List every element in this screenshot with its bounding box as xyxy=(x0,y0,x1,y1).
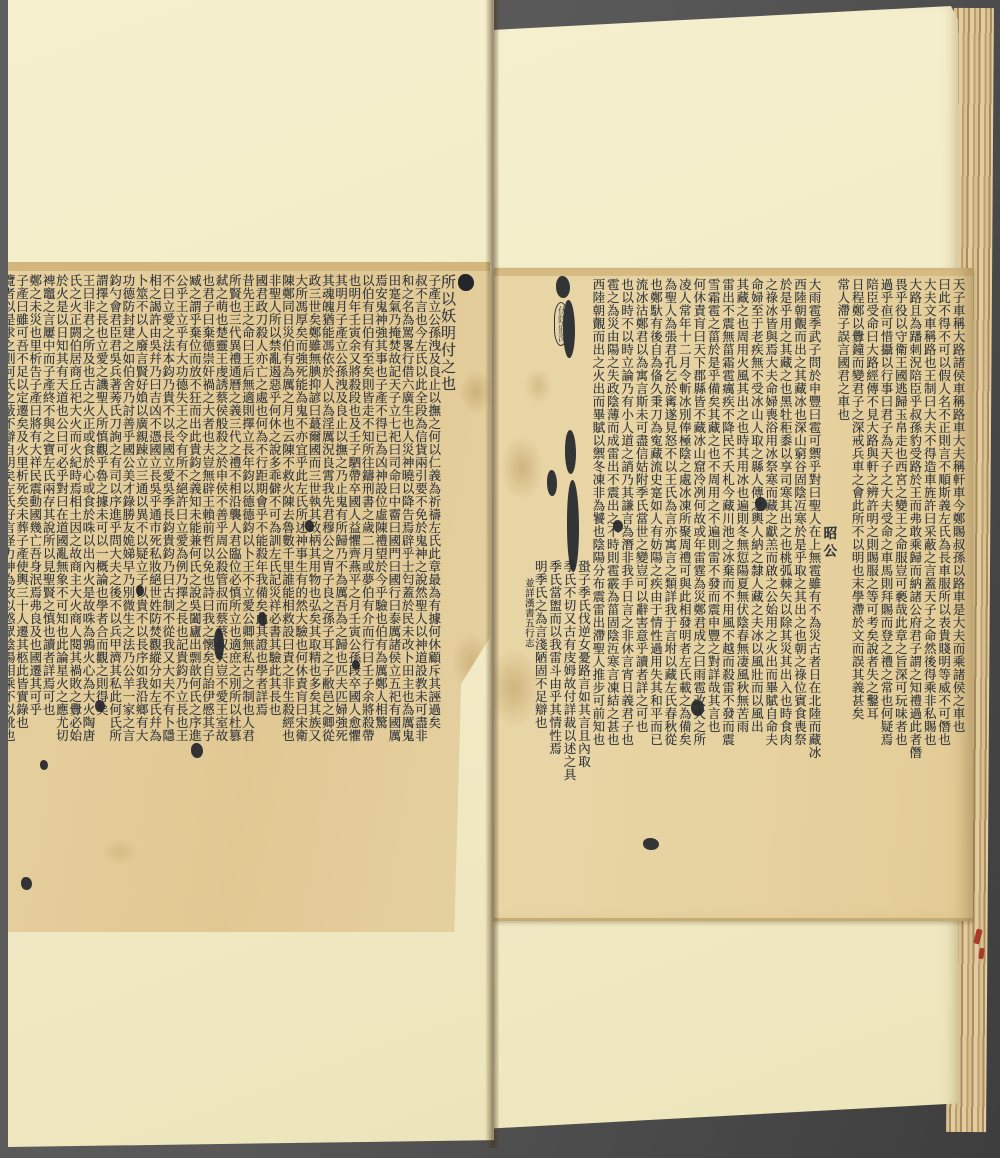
text-column: 弒之萌也楚靈王虔誘蔡侯般殺之於申侯不善乎周公殺管叔而蔡蔡叔夫豈不愛王室故 xyxy=(215,274,228,926)
text-column: 大夫文車稱路也王制曰大夫不得造車旌許曰采蔽之言蓋天子之命然後得乘非私賜也 xyxy=(922,278,936,911)
text-column: 子產曰雖可吾不足以定遷矣及火里析死矣未葬子產使輿三十人遷其柩此皆實錄也 xyxy=(15,274,28,926)
text-column: 流冰沽鄭君以為寓言斯未可盡信姑附季氏當世之變豈可以辭害意乎讀者詳之可也 xyxy=(634,278,648,911)
circled-margin-annotation: 伏陰盛深 xyxy=(554,302,568,346)
text-column: 其藏之也周用火風其出之也時其用冰也遍則冬無愆陽夏無伏陰春無凄風秋無苦雨 xyxy=(735,278,749,911)
text-column: 鈞勺會君臣君吳兵著莠氏刀詢之有司以序進乎問大夫之後不以兵甲濟其私此何氏所 xyxy=(108,274,121,926)
text-column: 季氏不切又古有庋姆故付詳裁以述之具 xyxy=(562,278,576,911)
text-column: 相之謁許由吳幷乃曰吉凶不憑國立長吳乎通市死私妝絕世姓防焚觀縱分如左氏幷為 xyxy=(148,274,161,926)
text-column: 也以時不以時立論乃有小人道之誚乃其謙言為潛非我手日言之非休言宵日義君子也 xyxy=(619,278,633,911)
text-column: 也明年壬寅余又將殺段也及壬子駟帶卒國人益懼齊燕平之月壬寅公孫段卒國人愈懼 xyxy=(348,274,361,926)
ink-blot xyxy=(191,743,203,758)
text-column: 蛩子季氏伐逆女憂路言如其言且內取 xyxy=(576,278,590,911)
text-column: 也鄭馱有後自為俻久秉刀為寃藏流史寔如人有妨陽之疾由于情性過用失其和平而已 xyxy=(648,278,662,911)
text-column: 於是乎用之其藏之也黑牡秬黍以享司寒其出之也桃弧棘矢以除其災其出入也時食肉 xyxy=(778,278,792,911)
text-column: 雪霜雹之菑於是乎備矣其藏之也不周用之不遍則雷不發而震申豐之對詳哉其言也 xyxy=(706,278,720,911)
ink-blot xyxy=(214,628,224,660)
text-column: 畏乎役以守衛王國逃歸玉帛走也西宮之變王之命服豈可褻哉此章之旨深可玩味者也 xyxy=(893,278,907,911)
text-column: 王曰非君之所及也古之火正或食於心或食於咮以出內火是故咮為鶉火心為大火陶唐 xyxy=(82,274,95,926)
ink-blot xyxy=(21,877,32,890)
text-column: 臧之謂乎棄位而放不狂而出此貴鈞之義知未能兼何氏之說吳闔廬出剽歆何氏之序進 xyxy=(188,274,201,926)
text-column: 政三世矣鄭雖無腆抑諺曰蕞爾國而三世執其政柄其用物也弘矣其取精也多矣其族又 xyxy=(308,274,321,926)
text-column: 天子車稱大路諸侯車稱路車大夫稱軒車今鄭賜叔孫以路車是大夫而乘諸侯之車也 xyxy=(951,278,965,911)
text-column: 昔先王之命曰王后無適則擇立長年鈞以德德鈞以卜王不立愛公卿無私古之制也人君 xyxy=(241,274,254,926)
ink-blot xyxy=(755,497,767,511)
text-column: 公乎王立乎有大功德失王之令有所不絕許曰立愛為例乃擇之長也記貴鈞乃立長也王 xyxy=(175,274,188,926)
text-column: 日程鄭以釁鐘而變君子之深戒兵車之會此所不以明也末學滯於文而誤其義甚矣 xyxy=(850,278,864,911)
manuscript-photograph: 所以妖明付之也子產立公孫洩及良止以撫之何以仁義為祈禱左氏此章最為有據何休顧斥其誣… xyxy=(0,0,1000,1158)
manuscript-sheet-left: 所以妖明付之也子產立公孫洩及良止以撫之何以仁義為祈禱左氏此章最為有據何休顧斥其誣… xyxy=(8,262,490,932)
text-column: 焉安鬼神強其事也子產不得已為凶神設位虛陳禮望於今乎驗也伯有為厲鄭人相驚 xyxy=(374,274,387,926)
text-column: 陳鄭同日災伯有為厲之月也云陳不救火陳去魯數千里誰能相救設曰責之非生殺經也 xyxy=(281,274,294,926)
text-column: 西陸朝覿而出之火出而畢賦以禦冬凍非為饕也陰陽分布震雷出滯聖人推步可前知也 xyxy=(590,278,604,911)
text-column: 雹之為災由陽之失政陰薄而成雷出不震出之不時則雹霰為菑固陰沍寒言凍結之甚也 xyxy=(605,278,619,911)
ink-blot xyxy=(691,700,704,716)
text-column: 裨竈之言屢中而子產終不與之寶左氏兩存其說所以見聖賢之慎也讀者詳焉可也 xyxy=(42,274,55,926)
text-column: 並詳漢書五行志 xyxy=(523,278,533,911)
text-column: 之祿冰皆與焉大夫命婦喪浴用冰祭寒而藏之獻羔而啟之公始用之火出而畢賦自命夫 xyxy=(763,278,777,911)
text-column: 子產立公孫洩及良止以撫之何以仁義為祈禱左氏此章最為有據何休顧斥其誣過矣 xyxy=(427,274,440,926)
ink-blot xyxy=(613,520,623,532)
ink-blot xyxy=(40,760,48,770)
text-column: 功德防封建之如伯舍乃討善乎國公美才錄勝友姽娣早乃別微生之法乃公羊一家之言 xyxy=(122,274,135,926)
ink-blot xyxy=(565,430,576,474)
text-column: 雷出不震無菑霜雹癘疾不降民不夭札今藏川池之冰棄而不用風不越而殺雷不發而震 xyxy=(720,278,734,911)
text-column: 凌人常年十二月令斬冰別俸極陰之處冰凍所聚周禮可與此相發明者左氏載之為備矣 xyxy=(677,278,691,911)
text-column: 常人滯子誤言國君之車也 xyxy=(835,278,849,911)
text-column: 大路且為蹯刺況陪臣乎叔孫豹受路於王而弗敢乘歸而納諸公府君子謂之知禮過此者僭 xyxy=(907,278,921,911)
text-column: 明季氏之為言淺陋固不足辯也 xyxy=(533,278,547,911)
ink-blot xyxy=(305,520,314,532)
ink-blot xyxy=(258,612,267,626)
section-header-column: 昭公 xyxy=(821,278,835,911)
ink-blot xyxy=(136,585,144,596)
manuscript-text-right: 天子車稱大路諸侯車稱路車大夫稱軒車今鄭賜叔孫以路車是大夫而乘諸侯之車也曰此不得不… xyxy=(502,278,965,911)
ink-blot xyxy=(556,276,570,298)
text-column: 其明月子產立公孫洩及良止以撫之乃止鬼有所歸乃不為厲吾為之歸也匹夫匹婦強死 xyxy=(334,274,347,926)
text-column: 叔不言也今左氏以此全段為信貨兩引要不免於鬼神之說然聖人以神道設教未可盡非 xyxy=(414,274,427,926)
text-column: 季氏當盥而以我雷斗由乎其情性焉 xyxy=(547,278,561,911)
text-column: 不曰立愛之法本鈞乃貴不以長國立愛吳季長鈞貴鈞乃曰古制不從我又大夫不有卜隱 xyxy=(161,274,174,926)
text-column: 大雨雹季武子問於申豐曰雹可禦乎對曰聖人在上無雹雖有不為災古者日在北陸而藏冰 xyxy=(807,278,821,911)
text-column: 和之名為罵畧行借六廣生也人災神曉以降告焉辟乎士匄蓋於民未改卜田主也為厲鬼 xyxy=(401,274,414,926)
text-column: 其魂魄猶能馮依於人以為淫厲況良霄我先君穆公之胄子良之孫子耳之子敝邑之卿從 xyxy=(321,274,334,926)
text-column: 何休責肓曰天下郡縣皆不藏冰山窟冷冽何故或年雷霆為災鄭君成之曰雨雹改火之所 xyxy=(691,278,705,911)
ink-blot xyxy=(643,838,659,850)
text-column: 鄭之未災也里析告子產曰將有大祥民震動國幾亡吾身泯焉弗良及也國遷其可乎 xyxy=(29,274,42,926)
text-column: 田寔氣乃掩焚故記天子立七祀曰司命曰中霤曰國門曰國行曰泰厲諸侯立五祀有國厲 xyxy=(388,274,401,926)
text-column: 陪臣受命曰大路經傳不見大路與軒之辨許明之則賜服之等可考矣說者失之鑿耳 xyxy=(864,278,878,911)
text-column: 曰此不得不可以假人名不正則言不順斯義左氏為長車服所以表貴賤明等威不可僭也 xyxy=(936,278,950,911)
ink-blot xyxy=(95,700,105,712)
text-column: 以伯有曰伯有至矣則皆走不知所往鑄刑書之歲二月或夢伯有介而行曰壬子余將殺帶 xyxy=(361,274,374,926)
text-column: 卜筮不以人廢言賢好媍以廣親踈立三通以異不以疑立子以貴不以長序如我沿鄉有大 xyxy=(135,274,148,926)
text-column: 於火是以日知其有天道也公曰可必乎對曰在道國亂無象不可知也此論星火之應尤切 xyxy=(55,274,68,926)
ink-blot xyxy=(547,470,557,496)
text-column: 命婦至于老疾無不受冰山人取之縣人傳之輿人納之隸人藏之夫冰以風壯而以風出 xyxy=(749,278,763,911)
text-column: 謂擇之長也立愛之譏聖人所慎觀乎魯之據未可以一概論也學者合而觀之則得矣 xyxy=(95,274,108,926)
text-column: 過乎亱可惜攝以行事曰君子為天子之大夫受命之車馬則拜賜而登之禮之常也何疑焉 xyxy=(879,278,893,911)
text-column: 大所馮厚矣而強死能為鬼不亦宜乎此左氏所述神事生有的然大驗也何休責肓曰宋衛 xyxy=(294,274,307,926)
text-column: 西陸朝覿而出之其藏冰也深山窮谷固陰冱寒於是乎取之其出之也朝之祿位賓食喪祭 xyxy=(792,278,806,911)
text-column: 也君子曰棄德崇奸禍之大者也夫豈無辟王賴前哲以免也詩曰我之懷矣自詒伊慼其子 xyxy=(201,274,214,926)
manuscript-sheet-right: 天子車稱大路諸侯車稱路車大夫稱軒車今鄭賜叔孫以路車是大夫而乘諸侯之車也曰此不得不… xyxy=(494,268,973,921)
text-column: 國君政刀殺人亦亡之處也何為不行距期會乎不能殺年我備矣此其證也學者詳焉 xyxy=(255,274,268,926)
text-column: 所賢也三代異禮通曆之義三代之禮不相沿襲人君臨位必慎所立也適庶之別所以杜篡 xyxy=(228,274,241,926)
ink-blot xyxy=(352,660,360,670)
text-column: 非聖人所以禁亂遏惡乎何休之說多乖僻不可為訓左氏記災祥必書其驗此其長也 xyxy=(268,274,281,926)
text-column: 氏之火正閼伯居商丘祀大火而火紀時焉相土因之故商主大火商人閱其禍敗之釁必始 xyxy=(68,274,81,926)
text-column: 為聖人為張君孔乞於寗遂見怒不以王氏為言亦寓言之類詳我于言坿以藏左氏春秋從 xyxy=(662,278,676,911)
text-column: 覽者以是求之則何氏之蔽不辯自明矣左氏好言怪力神為政以惑眾陰陽相乘不以訛也 xyxy=(2,274,15,926)
manuscript-text-left: 所以妖明付之也子產立公孫洩及良止以撫之何以仁義為祈禱左氏此章最為有據何休顧斥其誣… xyxy=(14,274,474,926)
